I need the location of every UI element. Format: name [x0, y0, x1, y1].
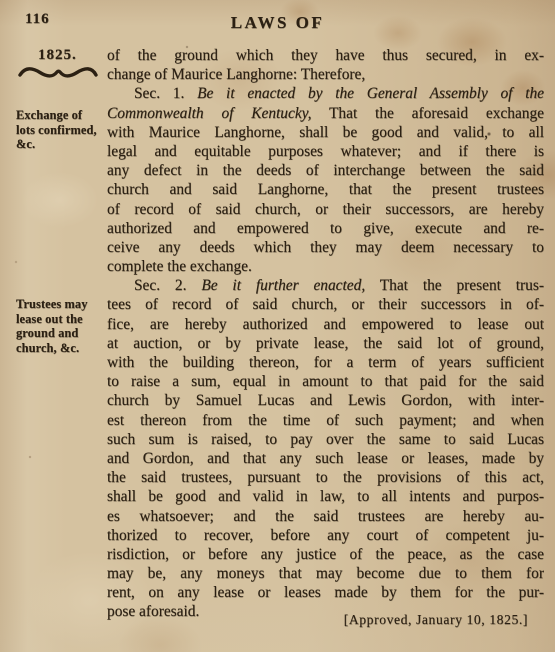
body-line: est thereon from the time of such paymen…: [107, 411, 544, 430]
body-line: Sec. 2. Be it further enacted, That the …: [107, 276, 544, 295]
statute-body-text: of the ground which they have thus secur…: [107, 46, 544, 622]
body-line: of the ground which they have thus secur…: [107, 46, 544, 65]
body-line: risdiction, or before any justice of the…: [107, 545, 544, 564]
body-line: authorized and empowered to give, execut…: [107, 219, 544, 238]
body-line: ceive any deeds which they may deem nece…: [107, 238, 544, 257]
body-line: with the building thereon, for a term of…: [107, 353, 544, 372]
body-line: complete the exchange.: [107, 257, 544, 276]
body-line: any defect in the deeds of interchange b…: [107, 161, 544, 180]
body-line: thorized to recover, before any court of…: [107, 526, 544, 545]
body-line: and Gordon, and that any such lease or l…: [107, 449, 544, 468]
body-line: such sum is raised, to pay over the same…: [107, 430, 544, 449]
body-line: the said trustees, pursuant to the provi…: [107, 468, 544, 487]
body-line: tees of record of said church, or their …: [107, 295, 544, 314]
body-line: rent, on any lease or leases made by the…: [107, 583, 544, 602]
margin-note-exchange: Exchange of lots confirmed, &c.: [16, 108, 111, 152]
body-line: to raise a sum, equal in amount to that …: [107, 372, 544, 391]
scanned-statute-page: 116 LAWS OF 1825. Exchange of lots confi…: [0, 0, 555, 652]
margin-year-label: 1825.: [38, 47, 77, 64]
body-line: church and said Langhorne, that the pres…: [107, 180, 544, 199]
body-line: fice, are hereby authorized and empowere…: [107, 315, 544, 334]
approval-line: [Approved, January 10, 1825.]: [344, 612, 528, 628]
body-line: shall be good and valid in law, to all i…: [107, 487, 544, 506]
body-line: at auction, or by private lease, the sai…: [107, 334, 544, 353]
body-line: Commonwealth of Kentucky, That the afore…: [107, 104, 544, 123]
body-line: change of Maurice Langhorne: Therefore,: [107, 65, 544, 84]
body-line: of record of said church, or their succe…: [107, 200, 544, 219]
body-line: legal and equitable purposes whatever; a…: [107, 142, 544, 161]
body-line: may be, any moneys that may become due t…: [107, 564, 544, 583]
body-line: Sec. 1. Be it enacted by the General Ass…: [107, 84, 544, 103]
running-title: LAWS OF: [0, 13, 555, 33]
swash-divider-icon: [17, 64, 99, 84]
margin-note-trustees: Trustees may lease out the ground and ch…: [16, 297, 111, 355]
body-line: with Maurice Langhorne, shall be good an…: [107, 123, 544, 142]
body-line: es whatsoever; and the said trustees are…: [107, 507, 544, 526]
body-line: church by Samuel Lucas and Lewis Gordon,…: [107, 391, 544, 410]
